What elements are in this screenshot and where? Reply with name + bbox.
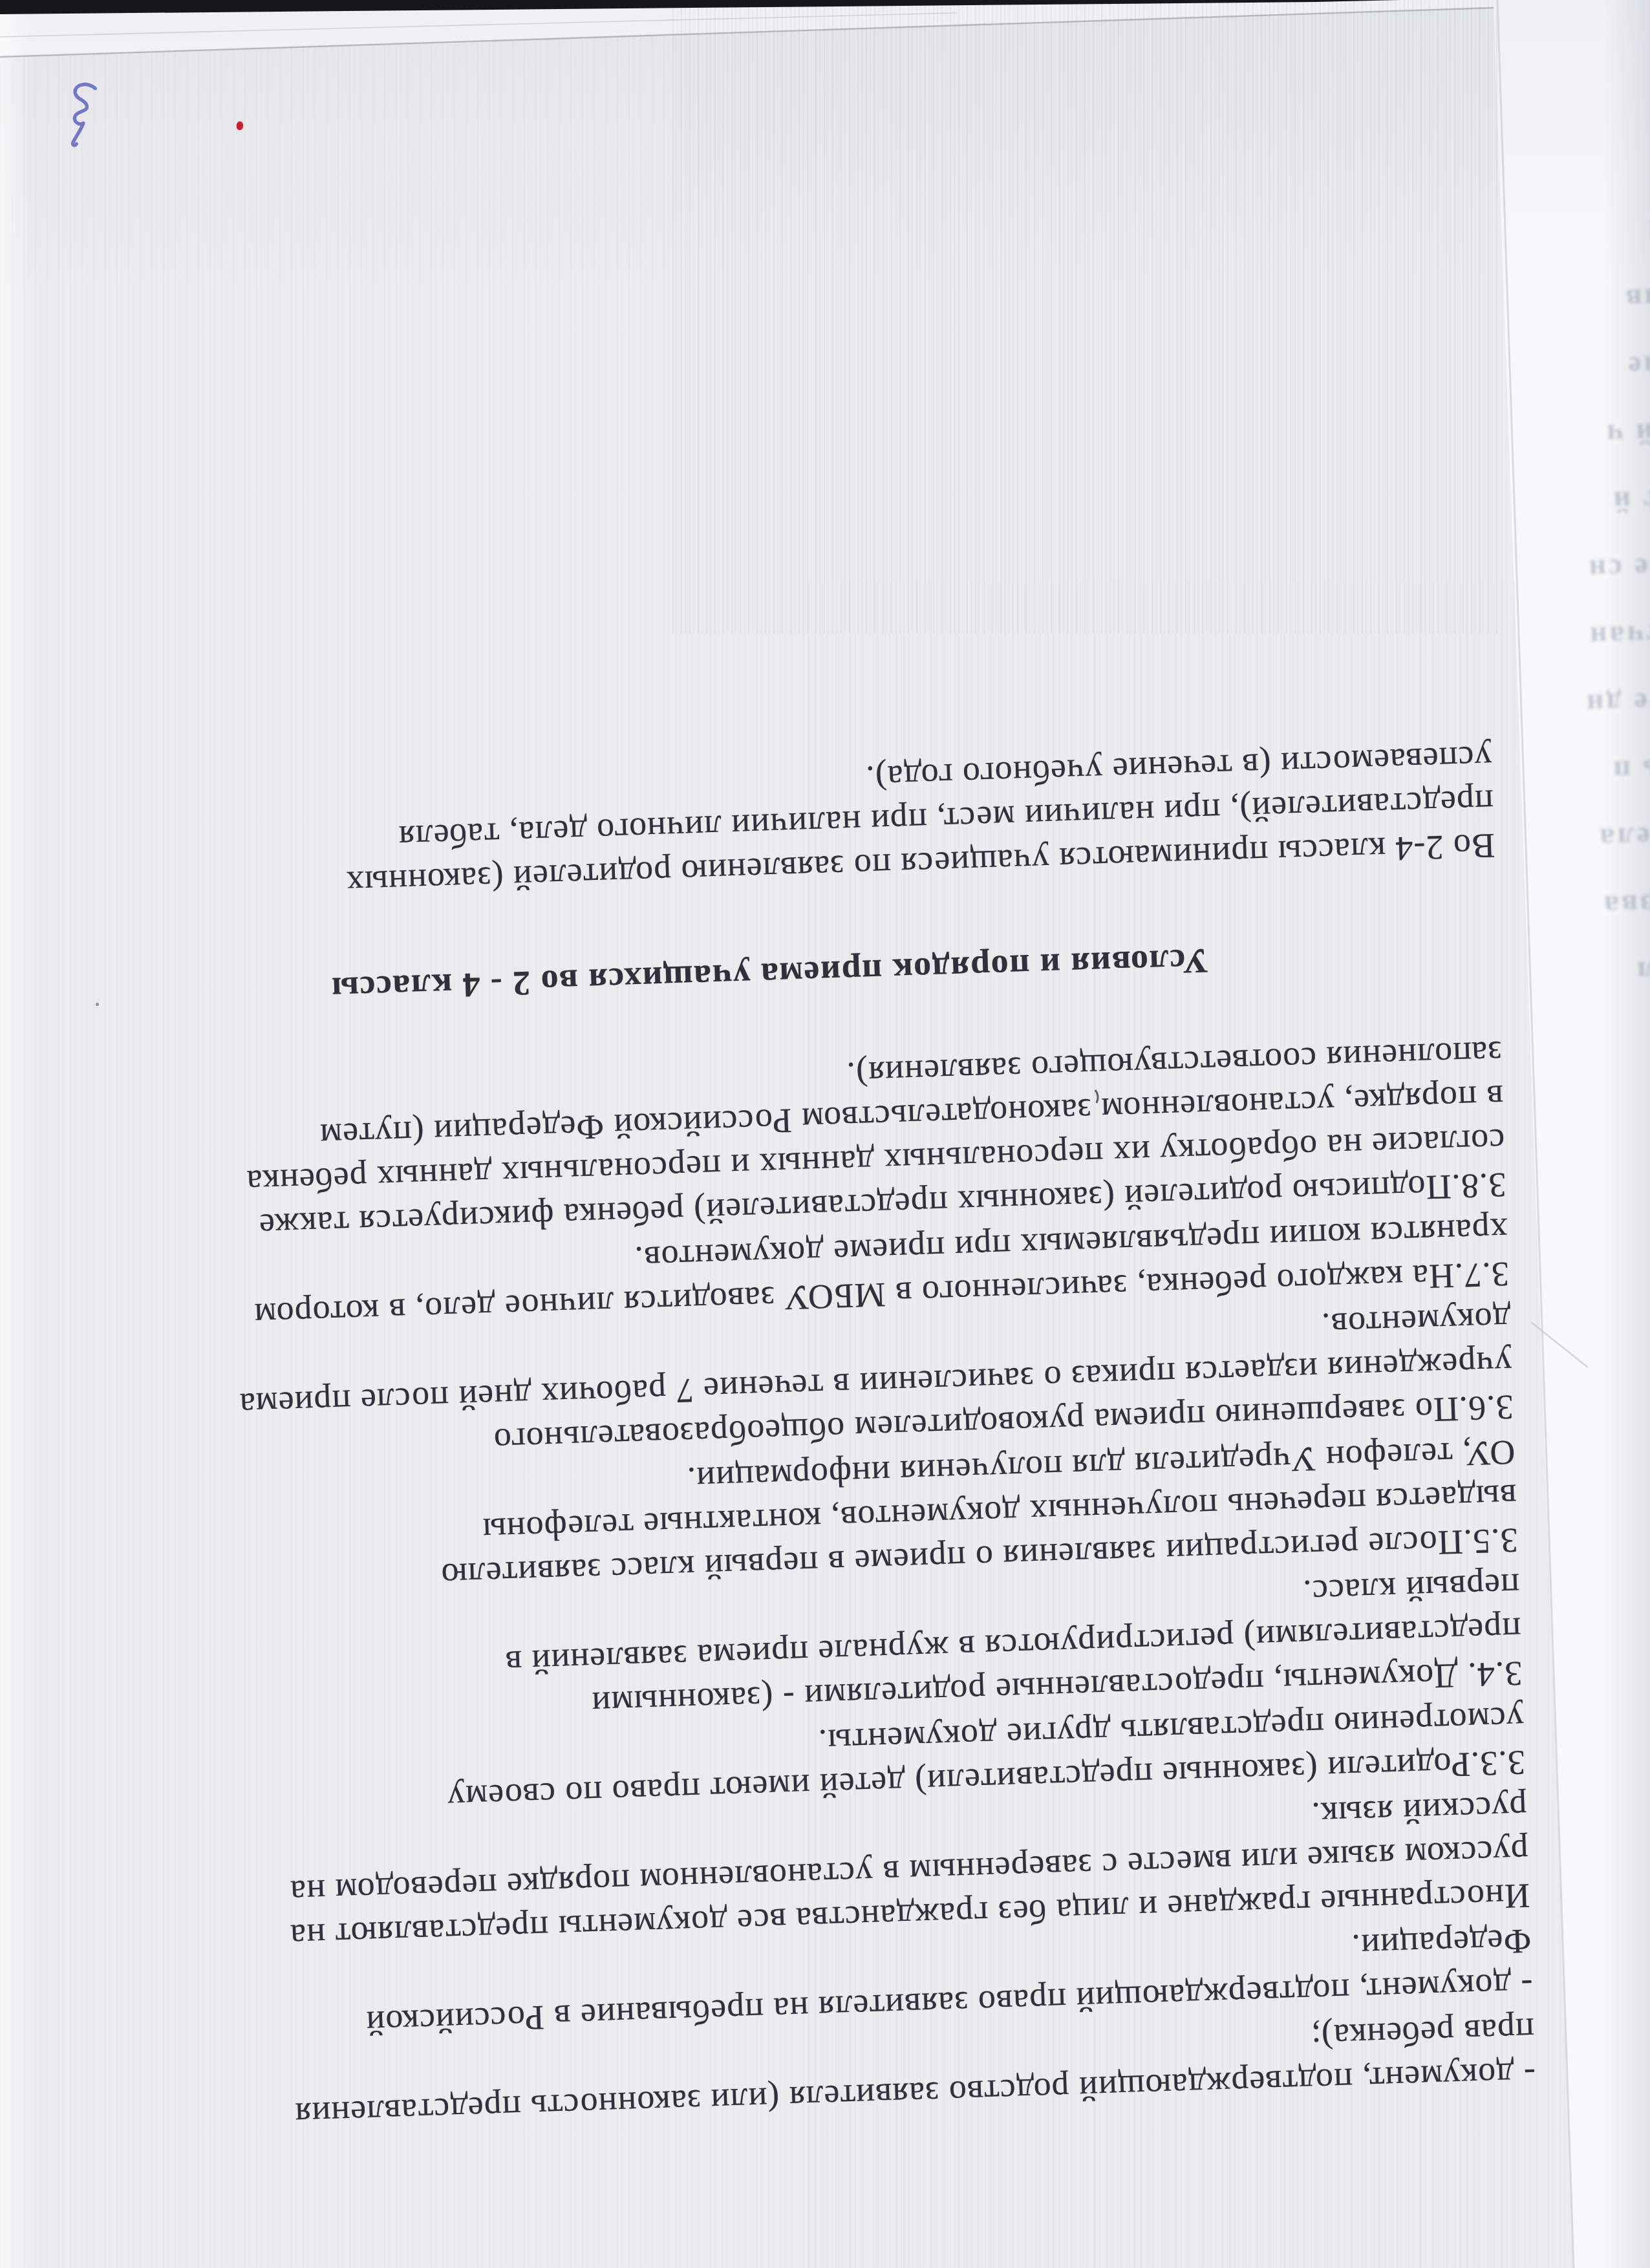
bleed-line: а ле (1506, 331, 1650, 405)
photocopy-streaks-dense (672, 0, 1500, 634)
bleed-line: котчан (1516, 600, 1650, 674)
bleed-line: ти (1501, 197, 1650, 270)
section-heading: Условия и порядок приема учащихся во 2 -… (40, 929, 1499, 1022)
left-edge-highlight (0, 0, 31, 2268)
bleed-line: а зъ п (1520, 734, 1650, 808)
bleed-line: вог й (1511, 465, 1650, 539)
bleed-line: ибее дн (1518, 667, 1650, 741)
bleed-line: жив (1504, 264, 1650, 337)
handwritten-page-number (63, 81, 103, 147)
bleed-line: ной ч (1508, 398, 1650, 472)
bleed-line: снил (1527, 936, 1650, 1010)
bleed-line: ользва (1525, 869, 1650, 943)
bleed-line: банела (1523, 802, 1650, 875)
document-text: - документ, подтверждающий родство заяви… (34, 736, 1537, 2145)
bleed-line: с (1499, 130, 1650, 204)
scanned-page: снил ользва банела а зъ п ибее дн котчан… (0, 0, 1650, 2268)
bleed-line: шие сн (1513, 533, 1650, 606)
